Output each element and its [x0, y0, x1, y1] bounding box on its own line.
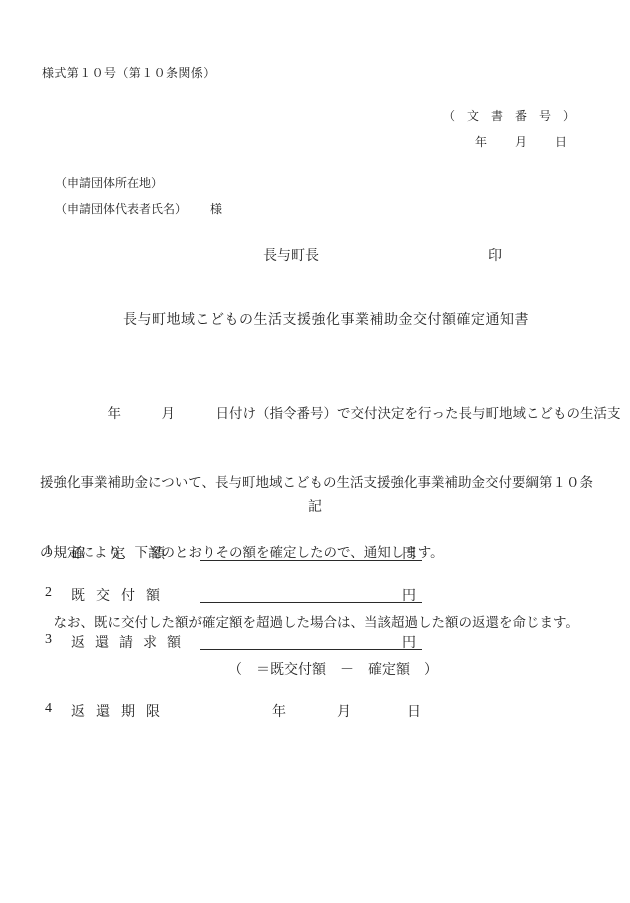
item-row-refund-request-amount: 3 返還請求額 円	[0, 632, 630, 652]
amount-unit: 円	[402, 636, 416, 651]
amount-unit: 円	[402, 547, 416, 562]
body-line: 年 月 日付け（指令番号）で交付決定を行った長与町地域こどもの生活支	[40, 402, 600, 425]
due-date-month-label: 月	[337, 701, 351, 721]
item-row-already-paid-amount: 2 既交付額 円	[0, 585, 630, 605]
item-row-confirmed-amount: 1 確定額 円	[0, 543, 630, 563]
item-label: 既交付額	[71, 585, 171, 605]
seal-mark: 印	[488, 245, 502, 265]
amount-blank-line: 円	[200, 632, 422, 650]
recipient-address-label: （申請団体所在地）	[55, 174, 163, 191]
item-label: 確定額	[71, 543, 191, 563]
issue-date-day-label: 日	[555, 133, 567, 150]
item-row-refund-deadline: 4 返還期限 年 月 日	[0, 701, 630, 721]
due-date-day-label: 日	[407, 701, 421, 721]
doc-number-placeholder: （文書番号）	[443, 107, 587, 124]
body-line: 援強化事業補助金について、長与町地域こどもの生活支援強化事業補助金交付要綱第１０…	[40, 471, 600, 494]
document-title: 長与町地域こどもの生活支援強化事業補助金交付額確定通知書	[0, 309, 630, 329]
due-date-year-label: 年	[272, 701, 286, 721]
form-number: 様式第１０号（第１０条関係）	[42, 64, 216, 81]
item-label: 返還期限	[71, 701, 171, 721]
item-number: 1	[45, 543, 52, 559]
recipient-honorific: 様	[210, 200, 222, 217]
recipient-name-label: （申請団体代表者氏名）	[55, 200, 187, 217]
refund-formula-note: （ ＝既交付額 － 確定額 ）	[228, 659, 438, 679]
item-number: 4	[45, 701, 52, 717]
issue-date-year-label: 年	[475, 133, 487, 150]
amount-blank-line: 円	[200, 543, 422, 561]
item-number: 3	[45, 632, 52, 648]
amount-unit: 円	[402, 589, 416, 604]
amount-blank-line: 円	[200, 585, 422, 603]
item-label: 返還請求額	[71, 632, 191, 652]
issue-date-month-label: 月	[515, 133, 527, 150]
sender-title: 長与町長	[263, 245, 319, 265]
document-page: 様式第１０号（第１０条関係） （文書番号） 年 月 日 （申請団体所在地） （申…	[0, 0, 630, 903]
item-number: 2	[45, 585, 52, 601]
record-marker: 記	[0, 496, 630, 516]
